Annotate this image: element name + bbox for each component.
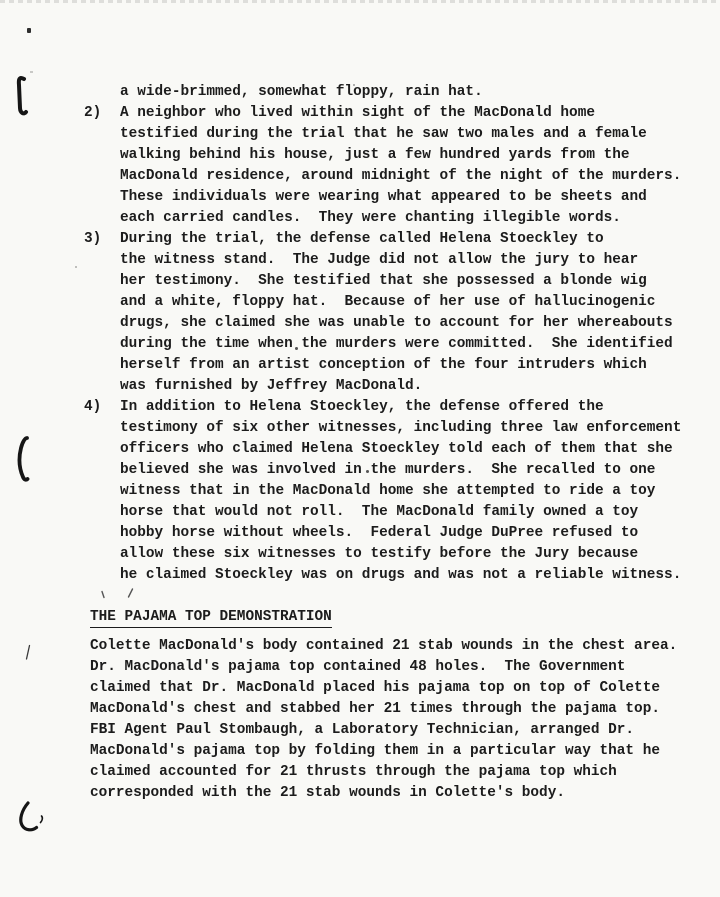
list-number: 2)	[84, 103, 120, 124]
list-number: 3)	[84, 229, 120, 250]
document-line: Dr. MacDonald's pajama top contained 48 …	[90, 657, 720, 678]
list-item-2: 2) A neighbor who lived within sight of …	[84, 103, 720, 229]
document-line: and a white, floppy hat. Because of her …	[120, 292, 673, 313]
document-line: was furnished by Jeffrey MacDonald.	[120, 376, 673, 397]
list-number: 4)	[84, 397, 120, 418]
document-line: witness that in the MacDonald home she a…	[120, 481, 681, 502]
document-line: he claimed Stoeckley was on drugs and wa…	[120, 565, 681, 586]
document-line: a wide-brimmed, somewhat floppy, rain ha…	[120, 82, 720, 103]
list-item-text: During the trial, the defense called Hel…	[120, 229, 673, 397]
document-line: claimed accounted for 21 thrusts through…	[90, 762, 720, 783]
document-line: MacDonald's chest and stabbed her 21 tim…	[90, 699, 720, 720]
document-line: testified during the trial that he saw t…	[120, 124, 681, 145]
document-line: drugs, she claimed she was unable to acc…	[120, 313, 673, 334]
list-item-text: A neighbor who lived within sight of the…	[120, 103, 681, 229]
typewritten-text: a wide-brimmed, somewhat floppy, rain ha…	[0, 82, 720, 804]
document-line: claimed that Dr. MacDonald placed his pa…	[90, 678, 720, 699]
scan-dot	[27, 28, 31, 33]
document-line: horse that would not roll. The MacDonald…	[120, 502, 681, 523]
document-line: her testimony. She testified that she po…	[120, 271, 673, 292]
document-line: believed she was involved in the murders…	[120, 460, 681, 481]
document-line: FBI Agent Paul Stombaugh, a Laboratory T…	[90, 720, 720, 741]
document-line: walking behind his house, just a few hun…	[120, 145, 681, 166]
document-line: corresponded with the 21 stab wounds in …	[90, 783, 720, 804]
scan-speck	[30, 71, 33, 73]
document-line: These individuals were wearing what appe…	[120, 187, 681, 208]
document-line: A neighbor who lived within sight of the…	[120, 103, 681, 124]
document-line: officers who claimed Helena Stoeckley to…	[120, 439, 681, 460]
document-line: MacDonald residence, around midnight of …	[120, 166, 681, 187]
body-paragraph: Colette MacDonald's body contained 21 st…	[90, 636, 720, 804]
document-line: herself from an artist conception of the…	[120, 355, 673, 376]
document-line: allow these six witnesses to testify bef…	[120, 544, 681, 565]
document-line: each carried candles. They were chanting…	[120, 208, 681, 229]
document-line: testimony of six other witnesses, includ…	[120, 418, 681, 439]
document-line: hobby horse without wheels. Federal Judg…	[120, 523, 681, 544]
document-line: the witness stand. The Judge did not all…	[120, 250, 673, 271]
section-heading-row: THE PAJAMA TOP DEMONSTRATION	[90, 607, 720, 628]
document-line: Colette MacDonald's body contained 21 st…	[90, 636, 720, 657]
list-item-4: 4) In addition to Helena Stoeckley, the …	[84, 397, 720, 586]
document-line: during the time when the murders were co…	[120, 334, 673, 355]
scan-edge-artifact	[0, 0, 720, 3]
document-line: During the trial, the defense called Hel…	[120, 229, 673, 250]
section-heading: THE PAJAMA TOP DEMONSTRATION	[90, 609, 332, 628]
list-item-text: In addition to Helena Stoeckley, the def…	[120, 397, 681, 586]
list-item-3: 3) During the trial, the defense called …	[84, 229, 720, 397]
document-line: MacDonald's pajama top by folding them i…	[90, 741, 720, 762]
ink-curl-mark	[15, 801, 61, 833]
document-line: In addition to Helena Stoeckley, the def…	[120, 397, 681, 418]
scanned-document-page: a wide-brimmed, somewhat floppy, rain ha…	[0, 0, 720, 897]
